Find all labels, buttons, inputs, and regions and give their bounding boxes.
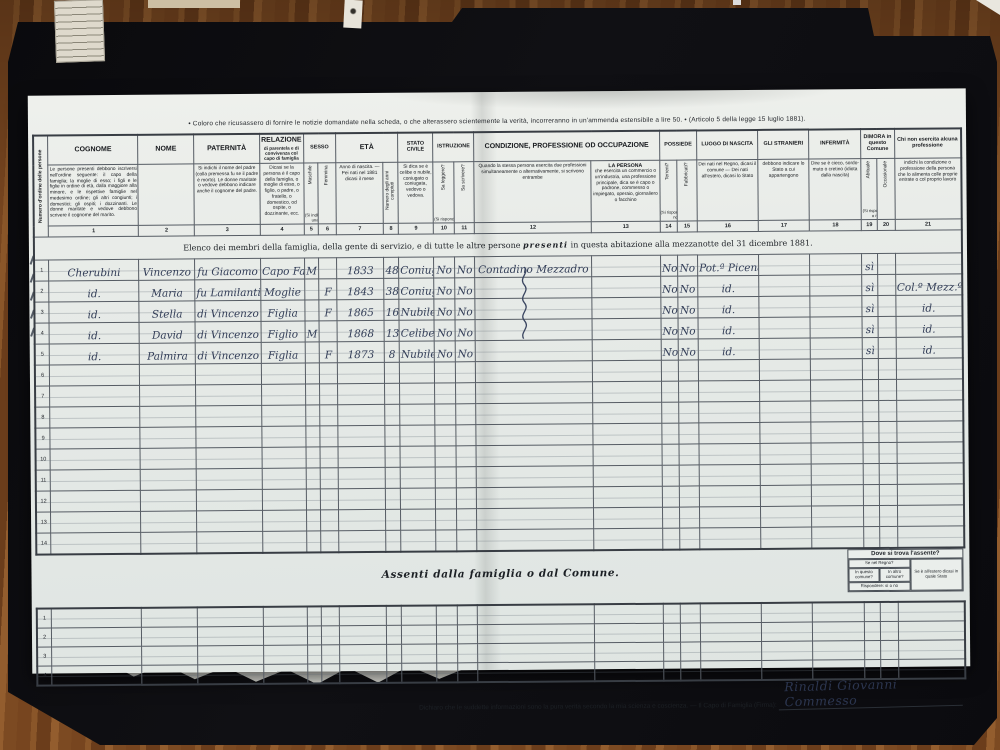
cell-scrive: No bbox=[455, 320, 476, 341]
cell-relazione bbox=[262, 447, 306, 468]
cell-stato bbox=[400, 467, 435, 488]
cell-stranieri bbox=[760, 401, 811, 422]
col-stato-header: STATO CIVILE bbox=[398, 133, 433, 163]
cell-legge: No bbox=[434, 299, 455, 320]
cell-nascita bbox=[698, 380, 759, 401]
cell-f bbox=[322, 626, 340, 645]
cognome-desc: Le persone presenti debbono iscriversi n… bbox=[48, 164, 139, 226]
cell-fabbricati bbox=[680, 623, 701, 642]
assente-estero: Se è all'estero dicasi in quale Stato bbox=[910, 558, 963, 590]
cell-m bbox=[306, 447, 321, 468]
cell-occasionale bbox=[879, 421, 897, 442]
cell-m bbox=[305, 384, 320, 405]
declaration-line: Dichiaro che le suddette informazioni so… bbox=[36, 676, 962, 714]
cell-nascita bbox=[699, 422, 760, 443]
cell-anni bbox=[385, 362, 400, 383]
cell-anni bbox=[385, 404, 400, 425]
cell-chi bbox=[896, 379, 963, 401]
cell-chi bbox=[896, 421, 963, 443]
cell-stranieri bbox=[761, 527, 812, 549]
cell-cognome bbox=[50, 406, 140, 428]
cell-anno: 1873 bbox=[337, 341, 384, 362]
cell-abituale bbox=[863, 443, 879, 464]
cell-cognome bbox=[50, 448, 140, 470]
cell-persona bbox=[592, 297, 661, 319]
cell-f bbox=[321, 510, 339, 531]
cell-fabbricati: No bbox=[678, 318, 699, 339]
cell-paternita bbox=[197, 510, 263, 532]
cell-paternita bbox=[196, 489, 262, 511]
relazione-desc: Dicasi se la persona è il capo della fam… bbox=[260, 163, 304, 224]
cell-stranieri bbox=[761, 603, 812, 623]
cell-nome: Palmira bbox=[140, 343, 196, 364]
cell-paternita: fu Lamilanti bbox=[195, 279, 261, 301]
cell-infermita bbox=[811, 464, 863, 485]
istruzione-scrive: Sa scrivere? bbox=[454, 162, 475, 223]
cell-abituale bbox=[863, 464, 879, 485]
cell-stranieri bbox=[761, 485, 812, 506]
cell-terreni bbox=[661, 402, 678, 423]
cell-m bbox=[304, 279, 319, 300]
cell-nome bbox=[141, 511, 197, 532]
cell-nome bbox=[140, 385, 196, 406]
cell-condizione bbox=[476, 424, 593, 446]
cell-num: 4 bbox=[35, 323, 50, 344]
cell-persona bbox=[593, 360, 662, 382]
cell-relazione bbox=[261, 384, 305, 405]
cell-condizione bbox=[476, 466, 593, 488]
column-number: 1 bbox=[49, 225, 139, 237]
cell-scrive bbox=[456, 446, 477, 467]
cell-fabbricati: No bbox=[678, 339, 699, 360]
cell-cognome bbox=[51, 490, 141, 512]
cell-paternita bbox=[196, 405, 262, 427]
assenti-table: 1234 bbox=[36, 600, 967, 686]
cell-m bbox=[306, 531, 321, 553]
cell-terreni bbox=[662, 423, 679, 444]
cell-anni bbox=[387, 625, 402, 644]
cell-nome bbox=[141, 490, 197, 511]
col-stranieri-header: GLI STRANIERI bbox=[758, 130, 809, 160]
cell-f bbox=[321, 489, 339, 510]
cell-num: 7 bbox=[35, 386, 50, 407]
cell-m bbox=[307, 626, 322, 645]
cell-scrive bbox=[455, 383, 476, 404]
cell-fabbricati bbox=[678, 360, 699, 381]
cell-relazione bbox=[262, 426, 306, 447]
cell-f bbox=[320, 426, 338, 447]
cell-persona bbox=[592, 276, 661, 298]
cell-chi: id. bbox=[895, 295, 962, 317]
paper-fragment bbox=[148, 0, 240, 8]
cell-m bbox=[307, 645, 322, 664]
cell-abituale bbox=[863, 485, 879, 506]
cell-nascita bbox=[700, 641, 761, 660]
cell-scrive: No bbox=[455, 299, 476, 320]
cell-persona bbox=[593, 486, 662, 508]
column-number: 15 bbox=[677, 221, 697, 232]
cell-m bbox=[306, 468, 321, 489]
cell-anno bbox=[338, 404, 385, 425]
cell-f bbox=[320, 363, 338, 384]
cell-m bbox=[305, 342, 320, 363]
cell-terreni bbox=[662, 444, 679, 465]
cell-relazione bbox=[262, 405, 306, 426]
cell-m: M bbox=[305, 321, 320, 342]
dimora-abituale: Abituale(Si risponde sì, o no) bbox=[861, 159, 877, 220]
col-paternita-header: PATERNITÀ bbox=[194, 134, 260, 164]
sesso-f-desc: Femmina bbox=[318, 163, 336, 224]
cell-anni bbox=[385, 467, 400, 488]
cell-f bbox=[319, 258, 337, 279]
cell-anni bbox=[386, 488, 401, 509]
cell-fabbricati bbox=[678, 423, 699, 444]
cell-num: 8 bbox=[35, 407, 50, 428]
paper-fragment bbox=[976, 0, 1000, 15]
cell-infermita bbox=[811, 380, 863, 401]
cell-abituale: sì bbox=[862, 317, 878, 338]
cell-chi bbox=[898, 640, 965, 660]
cell-cognome bbox=[51, 532, 141, 554]
cell-chi bbox=[897, 526, 964, 548]
assente-location-box: Dove si trova l'assente? Se nel Regno? S… bbox=[847, 548, 963, 592]
cell-cognome: Cherubini bbox=[49, 259, 139, 281]
sesso-m-desc: Maschile(Si indichi con una M) bbox=[303, 163, 318, 224]
cell-stranieri bbox=[760, 443, 811, 464]
cell-occasionale bbox=[878, 358, 896, 379]
cell-anni: 16 bbox=[384, 299, 399, 320]
cell-infermita bbox=[810, 254, 862, 275]
cell-infermita bbox=[812, 602, 864, 622]
cell-occasionale bbox=[879, 463, 897, 484]
cell-persona bbox=[595, 623, 664, 643]
cell-paternita: di Vincenzo bbox=[195, 342, 261, 364]
cell-num: 9 bbox=[35, 428, 50, 449]
cell-terreni bbox=[663, 642, 680, 661]
cell-num: 10 bbox=[36, 449, 51, 470]
cell-anni bbox=[385, 383, 400, 404]
cell-legge bbox=[436, 509, 457, 530]
cell-relazione bbox=[263, 531, 307, 553]
cell-persona bbox=[593, 381, 662, 403]
cell-condizione bbox=[477, 604, 594, 624]
cell-nome bbox=[142, 607, 198, 627]
cell-nome bbox=[141, 469, 197, 490]
cell-stranieri bbox=[759, 275, 810, 296]
cell-relazione bbox=[262, 489, 306, 510]
cell-anno bbox=[337, 362, 384, 383]
cell-occasionale bbox=[880, 621, 898, 640]
cell-terreni: No bbox=[661, 318, 678, 339]
cell-f bbox=[321, 531, 339, 553]
cell-occasionale bbox=[878, 295, 896, 316]
cell-fabbricati: No bbox=[677, 255, 698, 276]
cell-abituale bbox=[864, 506, 880, 527]
cell-m bbox=[306, 489, 321, 510]
cell-anno: 1843 bbox=[337, 278, 384, 299]
cell-chi bbox=[897, 442, 964, 464]
cell-occasionale bbox=[879, 505, 897, 526]
cell-abituale: sì bbox=[862, 275, 878, 296]
cell-relazione bbox=[262, 468, 306, 489]
column-number: 7 bbox=[336, 223, 383, 234]
cell-m bbox=[306, 510, 321, 531]
cell-anni bbox=[385, 446, 400, 467]
cell-num: 3 bbox=[37, 647, 52, 666]
cell-chi: Col.º Mezz.º bbox=[895, 274, 962, 296]
cell-anno bbox=[338, 467, 385, 488]
cell-persona bbox=[593, 402, 662, 424]
cell-infermita bbox=[811, 443, 863, 464]
column-number: 19 bbox=[861, 220, 877, 231]
cell-condizione bbox=[477, 487, 594, 509]
col-sesso-header: SESSO bbox=[303, 133, 336, 163]
cell-scrive bbox=[457, 605, 478, 625]
cell-occasionale bbox=[880, 640, 898, 659]
cell-legge bbox=[437, 605, 458, 625]
cell-f bbox=[322, 645, 340, 664]
cell-m bbox=[307, 606, 322, 626]
assente-answer: Rispondere: sì o no bbox=[849, 582, 911, 591]
cell-chi bbox=[898, 601, 965, 621]
cell-persona bbox=[594, 507, 663, 529]
cell-stranieri bbox=[762, 622, 813, 641]
cell-nome: Vincenzo bbox=[139, 259, 195, 280]
cell-cognome bbox=[51, 511, 141, 533]
cell-chi: id. bbox=[896, 337, 963, 359]
cell-stranieri bbox=[761, 506, 812, 527]
cell-relazione: Figlio bbox=[261, 321, 305, 342]
cell-relazione bbox=[263, 645, 307, 664]
cell-stato: Nubile bbox=[399, 341, 434, 362]
cell-legge: No bbox=[434, 257, 455, 278]
column-number: 13 bbox=[591, 221, 660, 233]
cell-legge bbox=[435, 362, 456, 383]
cell-chi bbox=[897, 505, 964, 527]
condizione-13-desc: LA PERSONAche esercita un commercio o un… bbox=[591, 160, 660, 222]
cell-infermita bbox=[810, 317, 862, 338]
cell-persona bbox=[594, 528, 663, 550]
cell-condizione: Contadino Mezzadro bbox=[475, 256, 592, 278]
cell-num: 1 bbox=[37, 609, 52, 629]
cell-fabbricati bbox=[679, 465, 700, 486]
cell-stato bbox=[402, 644, 437, 663]
cell-cognome bbox=[50, 364, 140, 386]
cell-chi bbox=[897, 484, 964, 506]
cell-paternita bbox=[195, 363, 261, 385]
column-number: 12 bbox=[474, 222, 591, 234]
cell-nascita: id. bbox=[698, 317, 759, 338]
cell-legge bbox=[437, 644, 458, 663]
assenti-section: Assenti dalla famiglia o dal Comune. Dov… bbox=[35, 554, 966, 711]
cell-occasionale bbox=[880, 526, 898, 548]
stranieri-desc: debbono indicare lo Stato a cui apparten… bbox=[758, 159, 810, 220]
cell-stato: Celibe bbox=[399, 320, 434, 341]
cell-relazione: Figlia bbox=[261, 342, 305, 363]
cell-nome bbox=[140, 364, 196, 385]
col-numero-header: Numero d'ordine delle persone bbox=[33, 136, 49, 238]
cell-paternita: di Vincenzo bbox=[195, 321, 261, 343]
cell-condizione bbox=[478, 643, 595, 663]
cell-abituale bbox=[864, 602, 880, 622]
cell-infermita bbox=[811, 422, 863, 443]
cell-fabbricati bbox=[679, 486, 700, 507]
cell-nome bbox=[142, 627, 198, 646]
col-possiede-header: POSSIEDE bbox=[659, 130, 696, 160]
col-cognome-header: COGNOME bbox=[48, 135, 138, 165]
cell-anni: 48 bbox=[384, 257, 399, 278]
cell-nome: Maria bbox=[139, 280, 195, 301]
cell-anni: 13 bbox=[384, 320, 399, 341]
cell-stato bbox=[400, 488, 435, 509]
cell-anni: 8 bbox=[384, 341, 399, 362]
cell-occasionale bbox=[880, 602, 898, 622]
photo-scene: • Coloro che ricusassero di fornire le n… bbox=[0, 0, 1000, 750]
cell-paternita bbox=[196, 447, 262, 469]
cell-stato bbox=[401, 605, 436, 625]
cell-persona bbox=[592, 339, 661, 361]
cell-m bbox=[305, 426, 320, 447]
cell-condizione bbox=[477, 508, 594, 530]
cell-abituale bbox=[864, 527, 880, 549]
cell-cognome: id. bbox=[50, 343, 140, 365]
cell-nascita bbox=[700, 622, 761, 641]
head-of-family-signature: Rinaldi Giovanni Commesso bbox=[778, 675, 963, 711]
cell-fabbricati: No bbox=[677, 276, 698, 297]
cell-anno bbox=[339, 509, 386, 530]
cell-nome bbox=[140, 427, 196, 448]
nome-desc bbox=[138, 164, 194, 225]
cell-stato bbox=[400, 362, 435, 383]
cell-relazione: Capo Famiglia bbox=[260, 258, 304, 279]
cell-abituale bbox=[863, 380, 879, 401]
cell-stato bbox=[400, 446, 435, 467]
cell-stato bbox=[400, 425, 435, 446]
table-header: Numero d'ordine delle persone COGNOME NO… bbox=[33, 128, 962, 237]
column-number: 9 bbox=[398, 223, 433, 234]
cell-stato bbox=[401, 509, 436, 530]
cell-occasionale bbox=[879, 400, 897, 421]
cell-nascita: id. bbox=[698, 275, 759, 296]
cell-stranieri bbox=[759, 296, 810, 317]
cell-infermita bbox=[812, 485, 864, 506]
cell-terreni: No bbox=[661, 297, 678, 318]
cell-anno bbox=[338, 383, 385, 404]
cell-cognome: id. bbox=[49, 322, 139, 344]
column-number: 11 bbox=[454, 223, 474, 234]
cell-stranieri bbox=[762, 641, 813, 660]
cell-relazione bbox=[262, 510, 306, 531]
cell-fabbricati bbox=[678, 381, 699, 402]
cell-paternita bbox=[197, 626, 263, 646]
cell-paternita bbox=[196, 384, 262, 406]
cell-cognome bbox=[52, 646, 142, 666]
cell-infermita bbox=[812, 506, 864, 527]
cell-scrive: No bbox=[454, 257, 475, 278]
dimora-occasionale: Occasionale bbox=[877, 158, 895, 219]
cell-anni bbox=[387, 606, 402, 626]
cell-abituale bbox=[863, 422, 879, 443]
cell-persona bbox=[592, 255, 661, 277]
cell-scrive bbox=[455, 404, 476, 425]
cell-stranieri bbox=[759, 338, 810, 359]
istruzione-legge: Sa leggere?(Si risponde sì, o no) bbox=[433, 162, 454, 223]
cell-nome: David bbox=[139, 322, 195, 343]
column-number: 16 bbox=[697, 220, 758, 231]
cell-legge bbox=[437, 625, 458, 644]
cell-terreni bbox=[662, 465, 679, 486]
cell-cognome bbox=[50, 385, 140, 407]
cell-condizione bbox=[476, 403, 593, 425]
column-number: 14 bbox=[660, 221, 677, 232]
cell-chi bbox=[898, 621, 965, 641]
column-number: 17 bbox=[758, 220, 809, 231]
cell-condizione bbox=[476, 445, 593, 467]
assente-q2: In altro comune? bbox=[879, 568, 910, 582]
eta-anni-desc: Numero degli anni compiuti bbox=[383, 162, 398, 223]
cell-relazione bbox=[263, 626, 307, 645]
cell-nascita bbox=[700, 603, 761, 623]
condizione-12-desc: Quando la stessa persona esercita due pr… bbox=[474, 161, 591, 223]
cell-persona bbox=[593, 423, 662, 445]
column-number: 3 bbox=[194, 224, 260, 236]
cell-nascita bbox=[699, 464, 760, 485]
cell-fabbricati bbox=[679, 507, 700, 528]
cell-scrive bbox=[456, 425, 477, 446]
cell-nome: Stella bbox=[139, 301, 195, 322]
cell-stato: Coniugata bbox=[399, 278, 434, 299]
cell-abituale: sì bbox=[862, 254, 878, 275]
col-nome-header: NOME bbox=[138, 134, 194, 164]
cell-f bbox=[319, 321, 337, 342]
col-eta-header: ETÀ bbox=[336, 133, 398, 163]
column-number: 2 bbox=[139, 225, 195, 236]
cell-cognome: id. bbox=[49, 301, 139, 323]
cell-stranieri bbox=[760, 464, 811, 485]
cell-nascita bbox=[698, 359, 759, 380]
cell-anno bbox=[339, 625, 386, 644]
chi-desc: indichi la condizione o professione dell… bbox=[894, 158, 961, 220]
col-nascita-header: LUOGO DI NASCITA bbox=[696, 130, 757, 160]
cell-chi bbox=[896, 400, 963, 422]
cell-paternita bbox=[196, 468, 262, 490]
cell-anno bbox=[338, 488, 385, 509]
cell-anno: 1868 bbox=[337, 320, 384, 341]
cell-anno bbox=[339, 606, 386, 626]
cell-stranieri bbox=[760, 422, 811, 443]
cell-terreni bbox=[662, 507, 679, 528]
col-istruzione-header: ISTRUZIONE bbox=[433, 132, 474, 162]
cell-anno bbox=[340, 644, 387, 663]
cell-stranieri bbox=[759, 254, 810, 275]
cell-anno bbox=[338, 446, 385, 467]
cell-fabbricati bbox=[680, 642, 701, 661]
cell-cognome bbox=[52, 608, 142, 628]
cell-fabbricati bbox=[679, 444, 700, 465]
paternita-desc: Si indichi il nome del padre (colla prem… bbox=[194, 163, 260, 225]
cell-f bbox=[320, 405, 338, 426]
cell-chi bbox=[895, 253, 962, 275]
cell-f bbox=[321, 468, 339, 489]
cell-chi bbox=[897, 463, 964, 485]
cell-infermita bbox=[810, 296, 862, 317]
cell-anni bbox=[386, 530, 401, 552]
cell-chi: id. bbox=[896, 316, 963, 338]
cell-cognome bbox=[51, 469, 141, 491]
cell-anno: 1833 bbox=[337, 257, 384, 278]
cell-anno: 1865 bbox=[337, 299, 384, 320]
cell-fabbricati bbox=[678, 402, 699, 423]
